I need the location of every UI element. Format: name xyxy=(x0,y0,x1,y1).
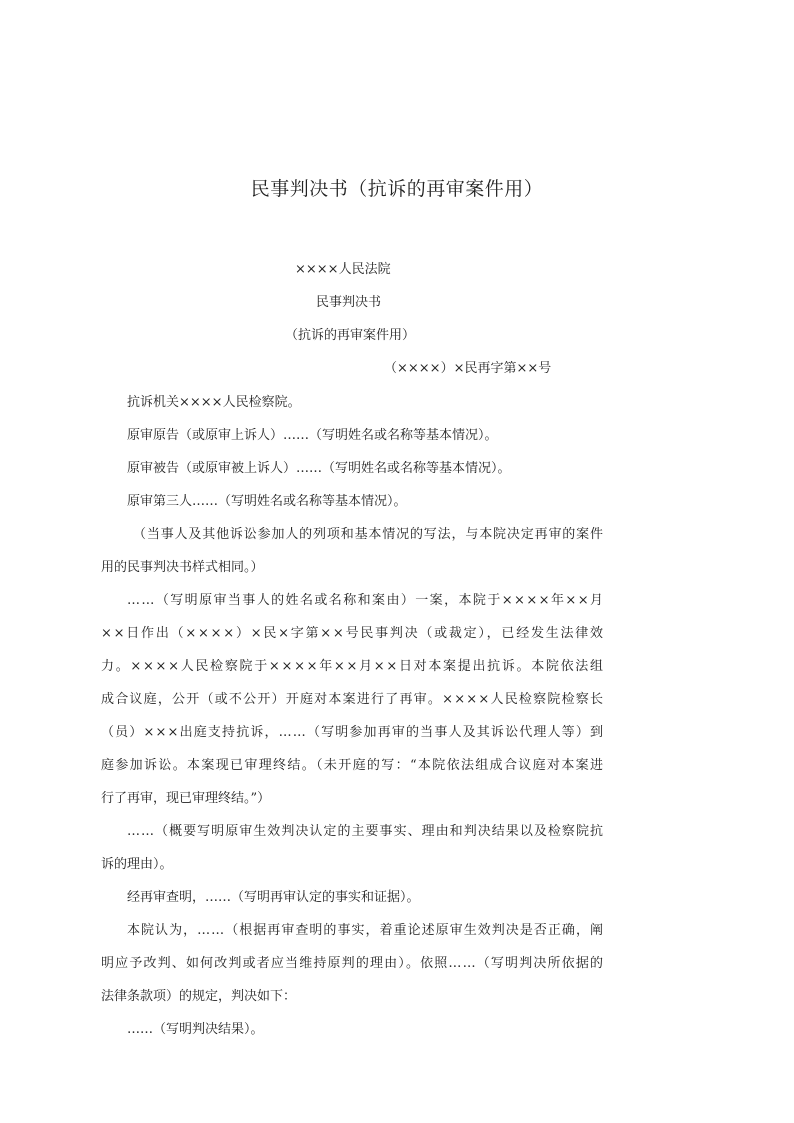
court-name: ××××人民法院 xyxy=(295,262,391,278)
body-text-line: 诉的理由）。 xyxy=(101,857,173,873)
body-text-line: 本院认为，……（根据再审查明的事实，着重论述原审生效判决是否正确，阐 xyxy=(127,923,604,939)
body-text-line: 力。××××人民检察院于××××年××月××日对本案提出抗诉。本院依法组 xyxy=(101,659,605,675)
body-text-line: （当事人及其他诉讼参加人的列项和基本情况的写法，与本院决定再审的案件 xyxy=(133,527,604,543)
body-text-line: 原审被告（或原审被上诉人）……（写明姓名或名称等基本情况）。 xyxy=(127,461,511,477)
body-text-line: ××日作出（××××）×民×字第××号民事判决（或裁定），已经发生法律效 xyxy=(101,626,605,642)
body-text-line: 行了再审，现已审理终结。”） xyxy=(101,791,270,807)
body-text-line: 法律条款项）的规定，判决如下： xyxy=(101,989,296,1005)
case-number: （××××）×民再字第××号 xyxy=(384,361,551,377)
body-text-line: ……（写明原审当事人的姓名或名称和案由）一案，本院于××××年××月 xyxy=(127,593,604,609)
body-text-line: （员）×××出庭支持抗诉，……（写明参加再审的当事人及其诉讼代理人等）到 xyxy=(101,725,604,741)
body-text-line: 抗诉机关××××人民检察院。 xyxy=(127,395,301,411)
body-text-line: 原审第三人……（写明姓名或名称等基本情况）。 xyxy=(127,494,407,510)
body-text-line: 明应予改判、如何改判或者应当维持原判的理由）。依照……（写明判决所依据的 xyxy=(101,956,604,972)
document-title: 民事判决书（抗诉的再审案件用） xyxy=(0,174,794,201)
body-text-line: 原审原告（或原审上诉人）……（写明姓名或名称等基本情况）。 xyxy=(127,428,498,444)
document-page: 民事判决书（抗诉的再审案件用） ××××人民法院 民事判决书 （抗诉的再审案件用… xyxy=(0,0,794,1123)
body-text-line: ……（概要写明原审生效判决认定的主要事实、理由和判决结果以及检察院抗 xyxy=(127,824,604,840)
document-usage: （抗诉的再审案件用） xyxy=(285,328,415,344)
body-text-line: 经再审查明，……（写明再审认定的事实和证据）。 xyxy=(127,890,420,906)
body-text-line: 用的民事判决书样式相同。） xyxy=(101,560,264,576)
body-text-line: 庭参加诉讼。本案现已审理终结。（未开庭的写：“本院依法组成合议庭对本案进 xyxy=(101,758,604,774)
document-type: 民事判决书 xyxy=(316,295,381,311)
body-text-line: ……（写明判决结果）。 xyxy=(127,1022,264,1038)
body-text-line: 成合议庭，公开（或不公开）开庭对本案进行了再审。××××人民检察院检察长 xyxy=(101,692,604,708)
